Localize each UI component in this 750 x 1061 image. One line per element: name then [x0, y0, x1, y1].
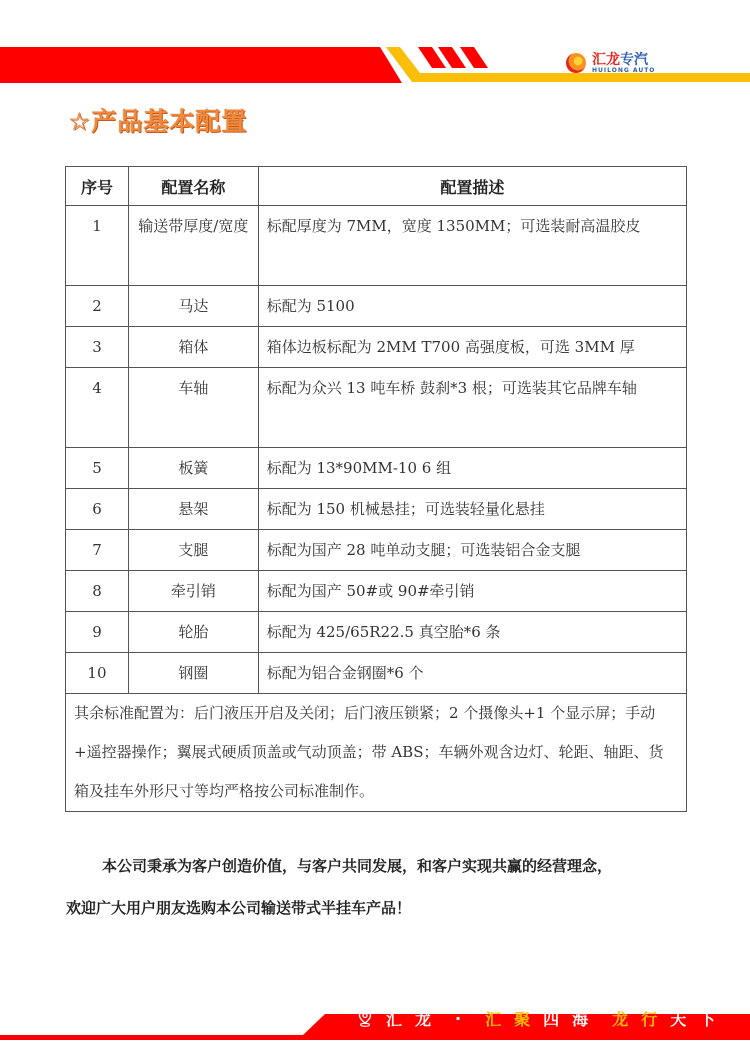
row-no: 9: [66, 612, 129, 653]
spec-table: 序号 配置名称 配置描述 1 输送带厚度/宽度 标配厚度为 7MM，宽度 135…: [65, 166, 687, 812]
page-header: 汇龙专汽 HUILONG AUTO: [0, 0, 750, 95]
row-name: 箱体: [128, 327, 258, 368]
row-name: 钢圈: [128, 653, 258, 694]
slogan-char: 天: [670, 1007, 686, 1030]
table-header-row: 序号 配置名称 配置描述: [66, 167, 687, 206]
row-no: 7: [66, 530, 129, 571]
row-desc: 标配为 425/65R22.5 真空胎*6 条: [258, 612, 686, 653]
slogan-dot: ·: [455, 1009, 461, 1028]
row-no: 5: [66, 448, 129, 489]
col-header-no: 序号: [66, 167, 129, 206]
row-desc: 标配为 13*90MM-10 6 组: [258, 448, 686, 489]
table-row: 7 支腿 标配为国产 28 吨单动支腿；可选装铝合金支腿: [66, 530, 687, 571]
slogan-char: 聚: [514, 1007, 530, 1030]
slogan-char: 汇: [386, 1007, 402, 1030]
company-logo: 汇龙专汽 HUILONG AUTO: [566, 48, 655, 78]
slogan-char: 行: [641, 1007, 657, 1030]
row-name: 板簧: [128, 448, 258, 489]
row-desc: 标配为 150 机械悬挂；可选装轻量化悬挂: [258, 489, 686, 530]
row-no: 2: [66, 286, 129, 327]
row-name: 牵引销: [128, 571, 258, 612]
row-desc: 标配为众兴 13 吨车桥 鼓刹*3 根；可选装其它品牌车轴: [258, 368, 686, 448]
table-row: 9 轮胎 标配为 425/65R22.5 真空胎*6 条: [66, 612, 687, 653]
footer-slogan: 汇 龙 · 汇 聚 四 海 龙 行 天 下: [358, 1007, 728, 1029]
row-no: 6: [66, 489, 129, 530]
row-desc: 标配为铝合金钢圈*6 个: [258, 653, 686, 694]
col-header-name: 配置名称: [128, 167, 258, 206]
row-no: 4: [66, 368, 129, 448]
row-name: 马达: [128, 286, 258, 327]
row-desc: 标配厚度为 7MM，宽度 1350MM；可选装耐高温胶皮: [258, 206, 686, 286]
row-desc: 箱体边板标配为 2MM T700 高强度板，可选 3MM 厚: [258, 327, 686, 368]
row-name: 输送带厚度/宽度: [128, 206, 258, 286]
table-row: 8 牵引销 标配为国产 50#或 90#牵引销: [66, 571, 687, 612]
col-header-desc: 配置描述: [258, 167, 686, 206]
standard-config-note: 其余标准配置为：后门液压开启及关闭；后门液压锁紧；2 个摄像头+1 个显示屏；手…: [66, 694, 687, 812]
row-desc: 标配为国产 28 吨单动支腿；可选装铝合金支腿: [258, 530, 686, 571]
row-desc: 标配为国产 50#或 90#牵引销: [258, 571, 686, 612]
slogan-char: 汇: [485, 1007, 501, 1030]
row-name: 支腿: [128, 530, 258, 571]
table-row: 5 板簧 标配为 13*90MM-10 6 组: [66, 448, 687, 489]
row-desc: 标配为 5100: [258, 286, 686, 327]
row-name: 车轴: [128, 368, 258, 448]
row-name: 轮胎: [128, 612, 258, 653]
table-note-row: 其余标准配置为：后门液压开启及关闭；后门液压锁紧；2 个摄像头+1 个显示屏；手…: [66, 694, 687, 812]
row-no: 10: [66, 653, 129, 694]
slogan-char: 四: [543, 1007, 559, 1030]
closing-line-1: 本公司秉承为客户创造价值，与客户共同发展，和客户实现共赢的经营理念，: [66, 845, 696, 887]
table-row: 3 箱体 箱体边板标配为 2MM T700 高强度板，可选 3MM 厚: [66, 327, 687, 368]
table-row: 2 马达 标配为 5100: [66, 286, 687, 327]
closing-line-2: 欢迎广大用户朋友选购本公司输送带式半挂车产品！: [66, 887, 696, 929]
section-title: ☆产品基本配置: [68, 102, 247, 138]
location-pin-icon: [358, 1009, 372, 1027]
closing-statement: 本公司秉承为客户创造价值，与客户共同发展，和客户实现共赢的经营理念， 欢迎广大用…: [66, 845, 696, 929]
slogan-char: 下: [699, 1007, 715, 1030]
row-no: 3: [66, 327, 129, 368]
logo-name-red: 汇龙: [592, 52, 620, 68]
row-no: 1: [66, 206, 129, 286]
slogan-char: 龙: [612, 1007, 628, 1030]
row-no: 8: [66, 571, 129, 612]
table-row: 6 悬架 标配为 150 机械悬挂；可选装轻量化悬挂: [66, 489, 687, 530]
logo-name-blue: 专汽: [620, 52, 648, 68]
table-row: 10 钢圈 标配为铝合金钢圈*6 个: [66, 653, 687, 694]
huilong-emblem-icon: [566, 53, 586, 73]
table-row: 1 输送带厚度/宽度 标配厚度为 7MM，宽度 1350MM；可选装耐高温胶皮: [66, 206, 687, 286]
table-row: 4 车轴 标配为众兴 13 吨车桥 鼓刹*3 根；可选装其它品牌车轴: [66, 368, 687, 448]
row-name: 悬架: [128, 489, 258, 530]
slogan-char: 龙: [415, 1007, 431, 1030]
logo-name-en: HUILONG AUTO: [592, 68, 655, 74]
slogan-char: 海: [572, 1007, 588, 1030]
